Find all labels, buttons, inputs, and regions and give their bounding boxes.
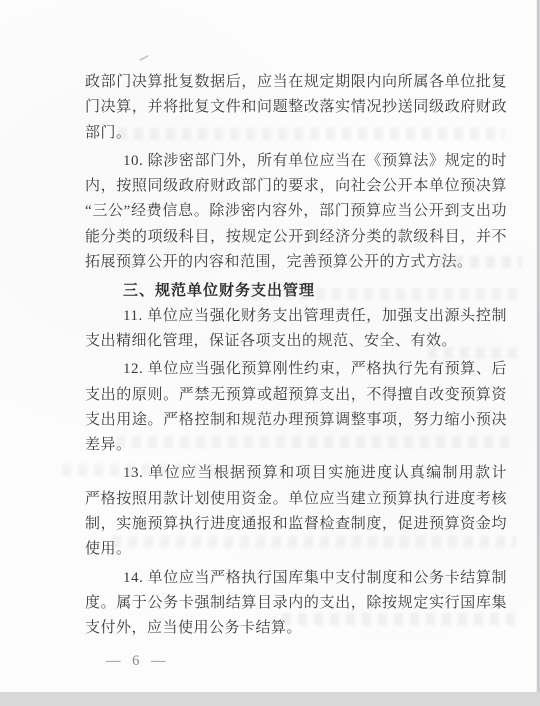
document-body: 政部门决算批复数据后，应当在规定期限内向所属各单位批复部 门决算，并将批复文件和… xyxy=(85,70,507,642)
text-line: 14. 单位应当严格执行国库集中支付制度和公务卡结算制 xyxy=(85,566,507,591)
text-line: 门决算，并将批复文件和问题整改落实情况抄送同级政府财政 xyxy=(85,95,507,120)
paragraph-item-12: 12. 单位应当强化预算刚性约束，严格执行先有预算、后有 支出的原则。严禁无预算… xyxy=(85,357,507,458)
page-number: — 6 — xyxy=(106,653,170,670)
text-line: 10. 除涉密部门外，所有单位应当在《预算法》规定的时间 xyxy=(85,149,507,174)
text-line: 支出用途。严格控制和规范办理预算调整事项，努力缩小预决算 xyxy=(85,408,507,433)
text-line: 13. 单位应当根据预算和项目实施进度认真编制用款计划， xyxy=(85,461,507,486)
scanned-document-page: 政部门决算批复数据后，应当在规定期限内向所属各单位批复部 门决算，并将批复文件和… xyxy=(0,0,540,706)
paragraph-item-13: 13. 单位应当根据预算和项目实施进度认真编制用款计划， 严格按照用款计划使用资… xyxy=(85,461,507,562)
text-line: 差异。 xyxy=(85,433,507,458)
text-line: 部门。 xyxy=(85,121,507,146)
section-heading: 三、规范单位财务支出管理 xyxy=(85,278,507,303)
text-line: 严格按照用款计划使用资金。单位应当建立预算执行进度考核机 xyxy=(85,487,507,512)
paragraph-continuation: 政部门决算批复数据后，应当在规定期限内向所属各单位批复部 门决算，并将批复文件和… xyxy=(85,70,507,146)
text-line: 11. 单位应当强化财务支出管理责任，加强支出源头控制和 xyxy=(85,304,507,329)
text-line: 使用。 xyxy=(85,537,507,562)
text-line: 支出的原则。严禁无预算或超预算支出，不得擅自改变预算资金 xyxy=(85,383,507,408)
text-line: 度。属于公务卡强制结算目录内的支出，除按规定实行国库集中 xyxy=(85,591,507,616)
paragraph-item-10: 10. 除涉密部门外，所有单位应当在《预算法》规定的时间 内，按照同级政府财政部… xyxy=(85,149,507,275)
text-line: 支出精细化管理，保证各项支出的规范、安全、有效。 xyxy=(85,329,507,354)
scan-scratch-mark xyxy=(139,55,149,61)
text-line: 内，按照同级政府财政部门的要求，向社会公开本单位预决算及 xyxy=(85,174,507,199)
text-line: 支付外，应当使用公务卡结算。 xyxy=(85,616,507,641)
paragraph-item-11: 11. 单位应当强化财务支出管理责任，加强支出源头控制和 支出精细化管理，保证各… xyxy=(85,304,507,355)
scan-bottom-band xyxy=(0,692,540,706)
scan-right-edge-line xyxy=(536,0,540,706)
text-line: “三公”经费信息。除涉密内容外，部门预算应当公开到支出功 xyxy=(85,199,507,224)
text-line: 拓展预算公开的内容和范围，完善预算公开的方式方法。 xyxy=(85,250,507,275)
text-line: 政部门决算批复数据后，应当在规定期限内向所属各单位批复部 xyxy=(85,70,507,95)
text-line: 12. 单位应当强化预算刚性约束，严格执行先有预算、后有 xyxy=(85,357,507,382)
text-line: 制，实施预算执行进度通报和监督检查制度，促进预算资金均衡 xyxy=(85,512,507,537)
text-line: 能分类的项级科目，按规定公开到经济分类的款级科目，并不断 xyxy=(85,225,507,250)
paragraph-item-14: 14. 单位应当严格执行国库集中支付制度和公务卡结算制 度。属于公务卡强制结算目… xyxy=(85,566,507,642)
